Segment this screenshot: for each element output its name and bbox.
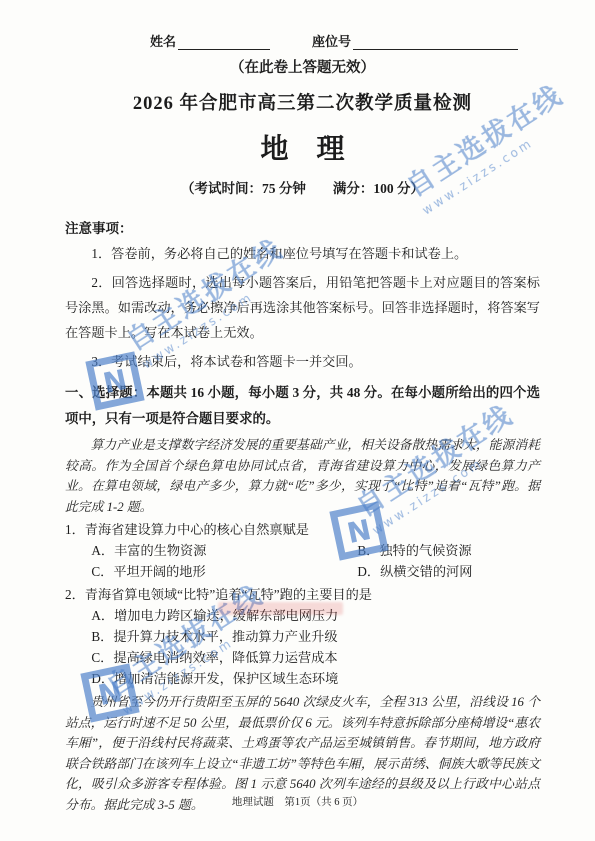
notice-item-1: 1．答卷前，务必将自己的姓名和座位号填写在答题卡和试卷上。 xyxy=(65,241,540,266)
question-1-option-b: B．独特的气候资源 xyxy=(331,540,540,561)
name-blank-line xyxy=(178,33,270,50)
question-2-option-b: B．提升算力技术水平，推动算力产业升级 xyxy=(65,626,540,647)
name-label: 姓名 xyxy=(150,31,176,50)
question-2-option-a: A．增加电力跨区输送，缓解东部电网压力 xyxy=(65,605,540,626)
notice-item-3: 3．考试结束后，将本试卷和答题卡一并交回。 xyxy=(65,349,540,374)
question-1-option-a: A．丰富的生物资源 xyxy=(65,540,331,561)
notice-item-2: 2．回答选择题时，选出每小题答案后，用铅笔把答题卡上对应题目的答案标号涂黑。如需… xyxy=(65,270,540,345)
question-2-option-d: D．增加清洁能源开发，保护区域生态环境 xyxy=(65,668,540,689)
question-2-stem: 2．青海省算电领域“比特”追着“瓦特”跑的主要目的是 xyxy=(65,584,540,605)
exam-paper-page: 姓名 座位号 （在此卷上答题无效） 2026 年合肥市高三第二次教学质量检测 地… xyxy=(0,0,595,841)
page-footer: 地理试题 第1页（共 6 页） xyxy=(0,794,595,809)
seat-number-blank-line xyxy=(353,33,518,50)
answer-invalid-note: （在此卷上答题无效） xyxy=(65,56,540,77)
question-1-option-d: D．纵横交错的河网 xyxy=(331,561,540,582)
notice-title: 注意事项： xyxy=(65,217,540,237)
exam-title: 2026 年合肥市高三第二次教学质量检测 xyxy=(65,89,540,115)
passage-1: 算力产业是支撑数字经济发展的重要基础产业，相关设备散热需求大，能源消耗较高。作为… xyxy=(65,435,540,517)
subject-title: 地 理 xyxy=(65,127,540,167)
name-seat-row: 姓名 座位号 xyxy=(65,30,540,50)
question-1-option-c: C．平坦开阔的地形 xyxy=(65,561,331,582)
exam-time-score-meta: （考试时间：75 分钟 满分：100 分） xyxy=(65,177,540,197)
seat-number-label: 座位号 xyxy=(312,31,351,50)
question-2-option-c: C．提高绿电消纳效率，降低算力运营成本 xyxy=(65,647,540,668)
question-1-stem: 1．青海省建设算力中心的核心自然禀赋是 xyxy=(65,519,540,540)
question-1-options: A．丰富的生物资源 B．独特的气候资源 C．平坦开阔的地形 D．纵横交错的河网 xyxy=(65,540,540,582)
section-1-heading: 一、选择题：本题共 16 小题，每小题 3 分，共 48 分。在每小题所给出的四… xyxy=(65,380,540,432)
page-content: 姓名 座位号 （在此卷上答题无效） 2026 年合肥市高三第二次教学质量检测 地… xyxy=(65,30,540,815)
